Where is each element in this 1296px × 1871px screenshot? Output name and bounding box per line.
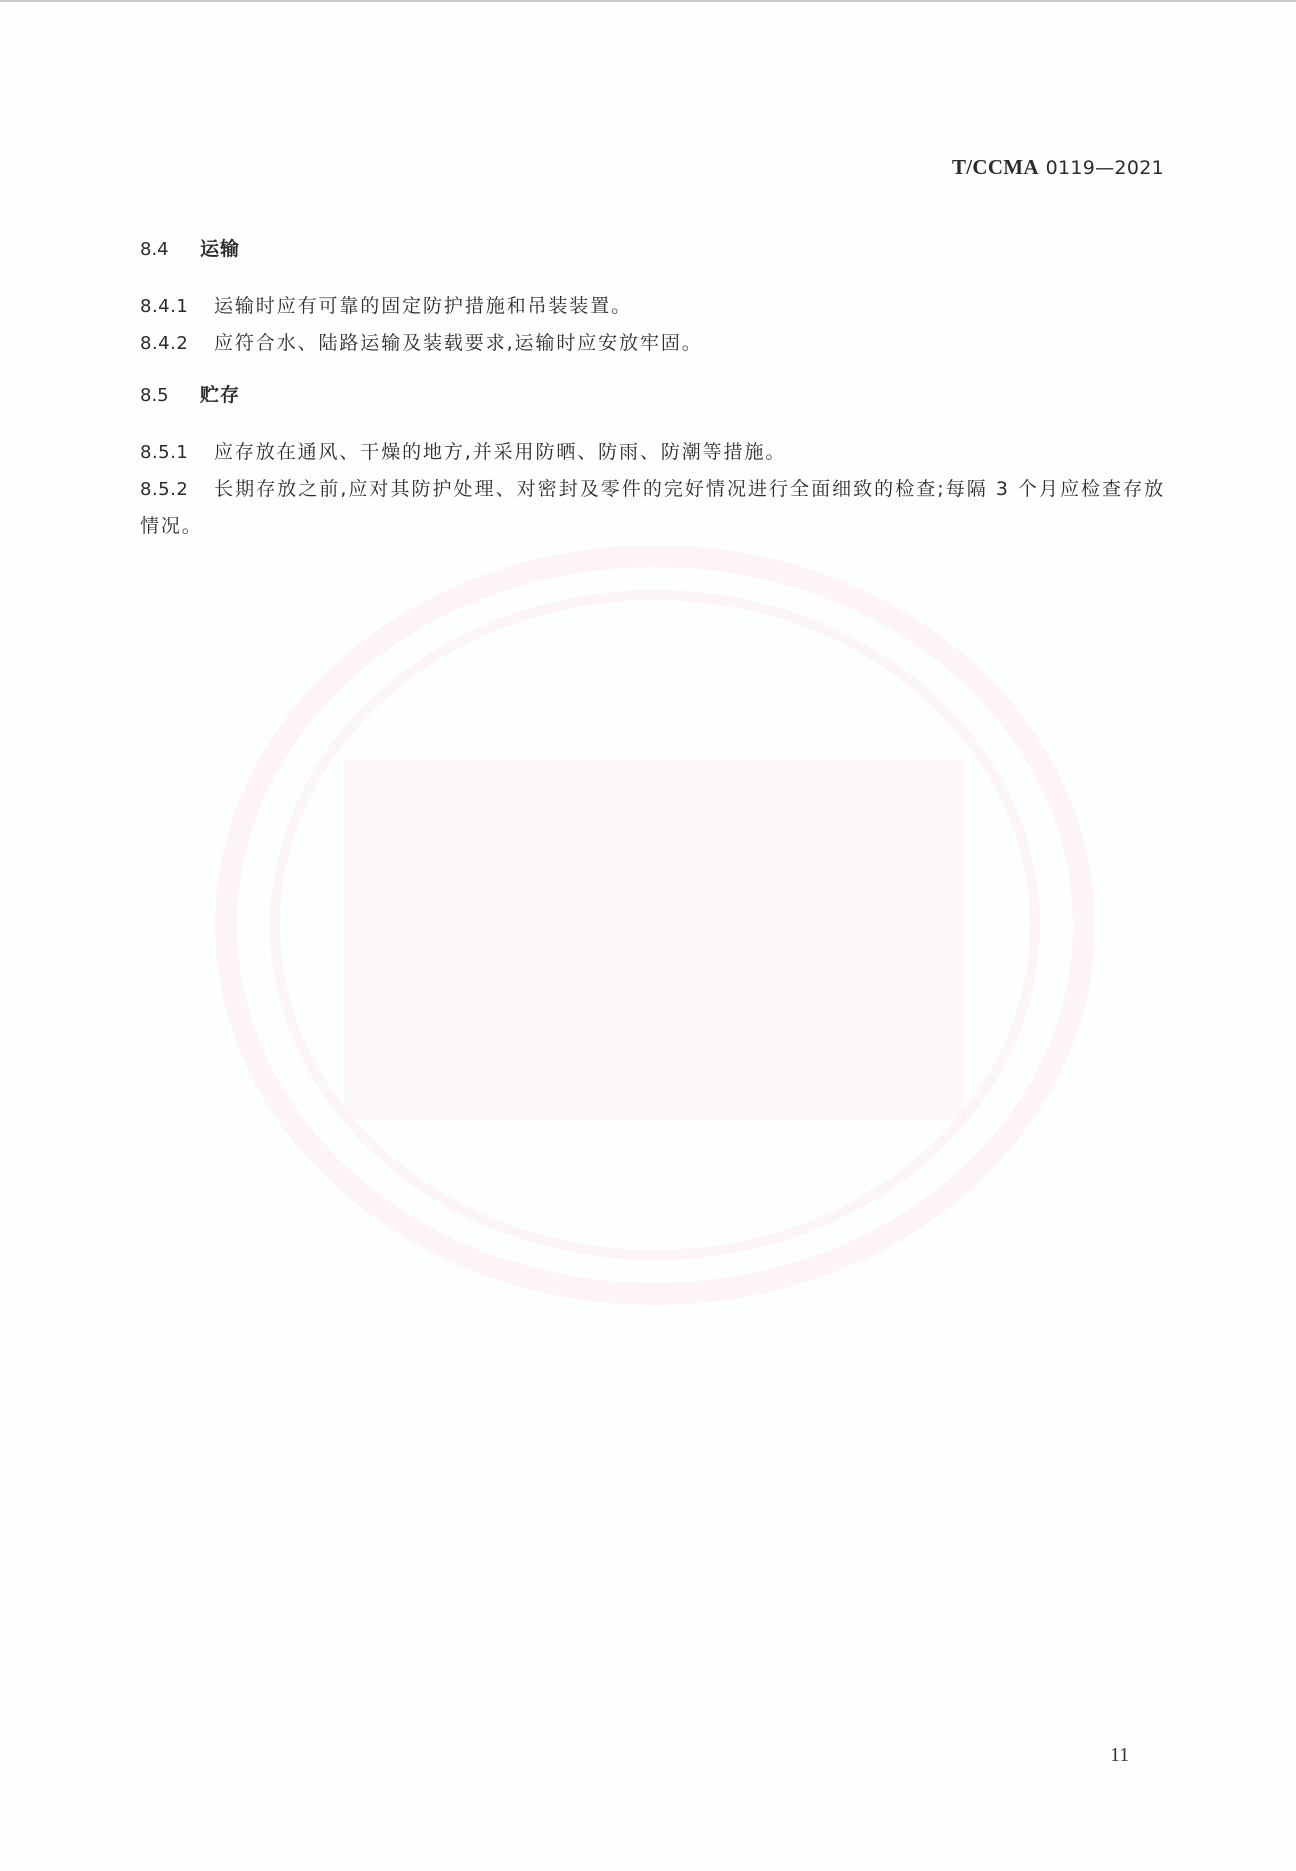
clause-number: 8.4.2 (140, 326, 214, 362)
section-title: 运输 (200, 238, 240, 260)
section-title: 贮存 (200, 384, 240, 406)
clause-text: 应符合水、陆路运输及装载要求,运输时应安放牢固。 (214, 332, 703, 354)
clause-number: 8.5.1 (140, 435, 214, 471)
document-body: 8.4 运输 8.4.1运输时应有可靠的固定防护措施和吊装装置。 8.4.2应符… (140, 232, 1165, 544)
clause-8-4-2: 8.4.2应符合水、陆路运输及装载要求,运输时应安放牢固。 (140, 325, 1165, 362)
clause-text: 长期存放之前,应对其防护处理、对密封及零件的完好情况进行全面细致的检查;每隔 3… (140, 478, 1165, 537)
seal-watermark-center (345, 760, 965, 1120)
page-number: 11 (1110, 1744, 1129, 1767)
standard-identifier: T/CCMA 0119—2021 (952, 155, 1164, 180)
clause-text: 应存放在通风、干燥的地方,并采用防晒、防雨、防潮等措施。 (214, 441, 786, 463)
section-number: 8.5 (140, 379, 194, 413)
clause-number: 8.4.1 (140, 289, 214, 325)
standard-org: T/CCMA (952, 155, 1039, 179)
section-heading-8-5: 8.5 贮存 (140, 378, 1165, 412)
section-heading-8-4: 8.4 运输 (140, 232, 1165, 266)
clause-8-4-1: 8.4.1运输时应有可靠的固定防护措施和吊装装置。 (140, 288, 1165, 325)
clause-text: 运输时应有可靠的固定防护措施和吊装装置。 (214, 295, 632, 317)
scan-top-edge (0, 0, 1296, 2)
clause-8-5-2: 8.5.2长期存放之前,应对其防护处理、对密封及零件的完好情况进行全面细致的检查… (140, 471, 1165, 544)
clause-number: 8.5.2 (140, 472, 214, 508)
section-spacer (140, 362, 1165, 378)
clause-8-5-1: 8.5.1应存放在通风、干燥的地方,并采用防晒、防雨、防潮等措施。 (140, 434, 1165, 471)
seal-watermark-inner (270, 590, 1040, 1260)
seal-watermark-outer (215, 545, 1095, 1305)
section-number: 8.4 (140, 233, 194, 267)
standard-number: 0119—2021 (1046, 157, 1164, 179)
